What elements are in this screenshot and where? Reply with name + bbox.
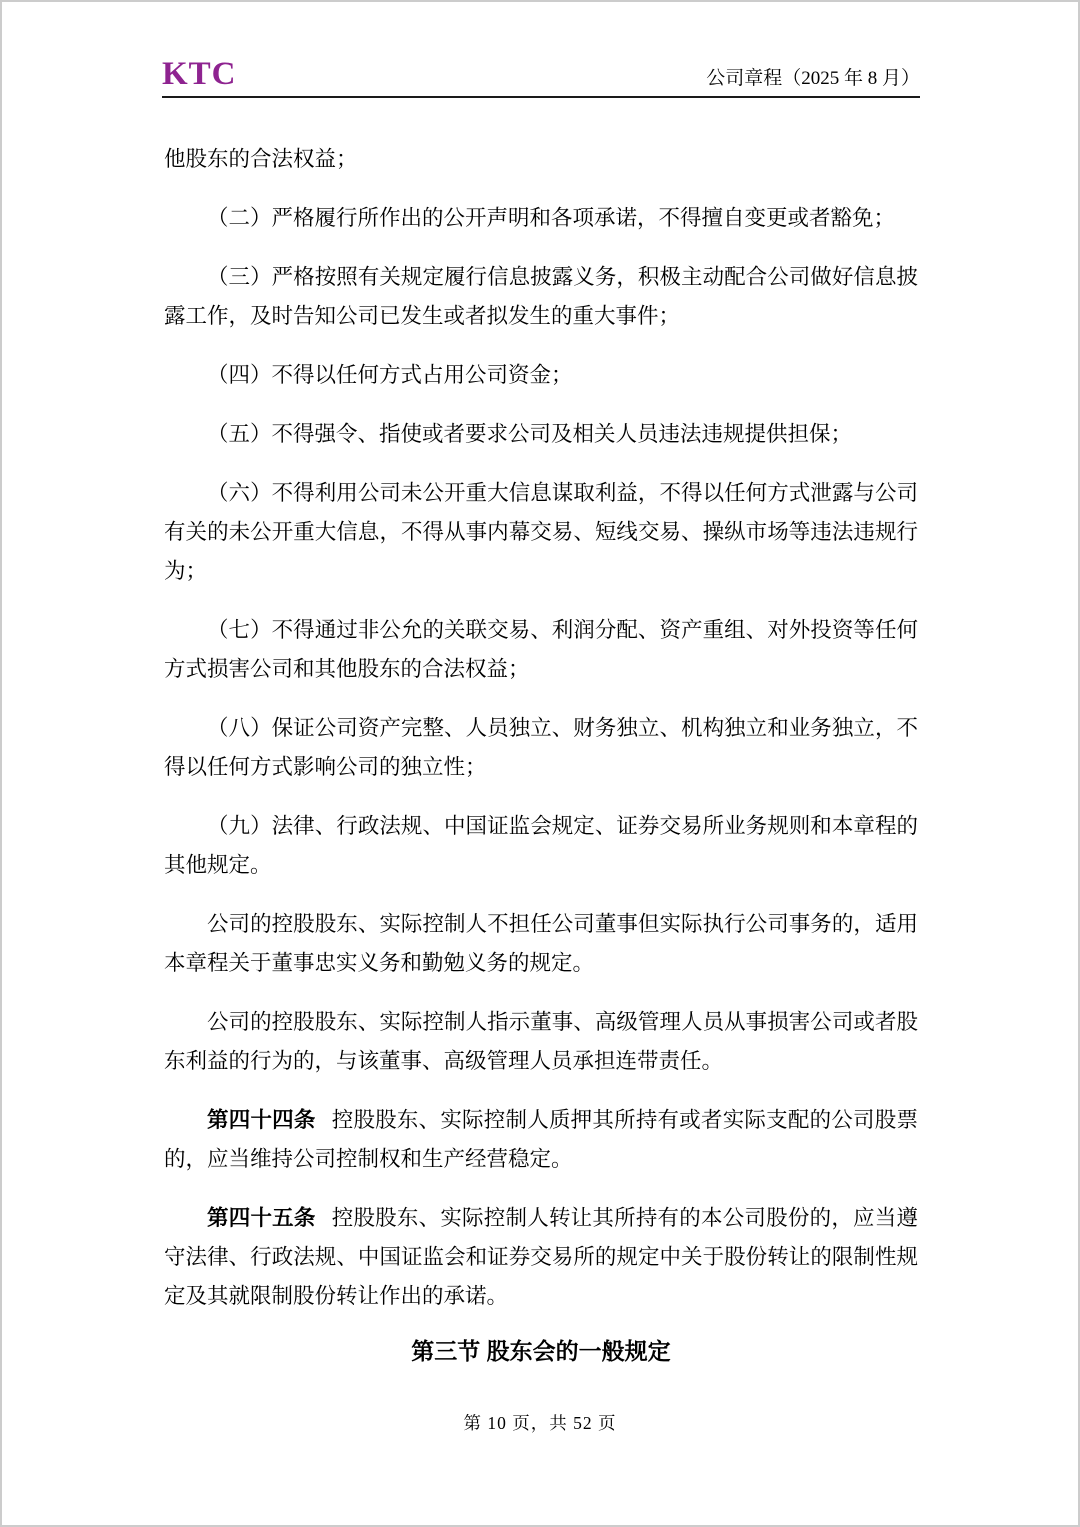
company-logo: KTC — [162, 58, 237, 91]
document-page: KTC 公司章程（2025 年 8 月） 他股东的合法权益； （二）严格履行所作… — [0, 0, 1080, 1527]
page-header: KTC 公司章程（2025 年 8 月） — [162, 58, 920, 98]
paragraph-controlling-shareholder-2: 公司的控股股东、实际控制人指示董事、高级管理人员从事损害公司或者股东利益的行为的… — [164, 1003, 918, 1081]
paragraph-item-4: （四）不得以任何方式占用公司资金； — [164, 356, 918, 395]
paragraph-article-44: 第四十四条控股股东、实际控制人质押其所持有或者实际支配的公司股票的，应当维持公司… — [164, 1101, 918, 1179]
paragraph-article-45: 第四十五条控股股东、实际控制人转让其所持有的本公司股份的，应当遵守法律、行政法规… — [164, 1199, 918, 1316]
header-doc-title: 公司章程（2025 年 8 月） — [706, 68, 920, 91]
paragraph-item-7: （七）不得通过非公允的关联交易、利润分配、资产重组、对外投资等任何方式损害公司和… — [164, 611, 918, 689]
article-number-44: 第四十四条 — [207, 1108, 316, 1132]
paragraph-continuation: 他股东的合法权益； — [164, 140, 918, 179]
paragraph-item-2: （二）严格履行所作出的公开声明和各项承诺，不得擅自变更或者豁免； — [164, 199, 918, 238]
article-number-45: 第四十五条 — [207, 1206, 316, 1230]
page-footer: 第 10 页，共 52 页 — [2, 1410, 1078, 1435]
paragraph-item-6: （六）不得利用公司未公开重大信息谋取利益，不得以任何方式泄露与公司有关的未公开重… — [164, 474, 918, 591]
section-heading: 第三节 股东会的一般规定 — [164, 1336, 918, 1366]
paragraph-controlling-shareholder-1: 公司的控股股东、实际控制人不担任公司董事但实际执行公司事务的，适用本章程关于董事… — [164, 905, 918, 983]
page-number: 第 10 页，共 52 页 — [464, 1413, 617, 1433]
paragraph-item-3: （三）严格按照有关规定履行信息披露义务，积极主动配合公司做好信息披露工作，及时告… — [164, 258, 918, 336]
paragraph-item-5: （五）不得强令、指使或者要求公司及相关人员违法违规提供担保； — [164, 415, 918, 454]
paragraph-item-9: （九）法律、行政法规、中国证监会规定、证券交易所业务规则和本章程的其他规定。 — [164, 807, 918, 885]
paragraph-item-8: （八）保证公司资产完整、人员独立、财务独立、机构独立和业务独立，不得以任何方式影… — [164, 709, 918, 787]
document-body: 他股东的合法权益； （二）严格履行所作出的公开声明和各项承诺，不得擅自变更或者豁… — [164, 140, 918, 1366]
